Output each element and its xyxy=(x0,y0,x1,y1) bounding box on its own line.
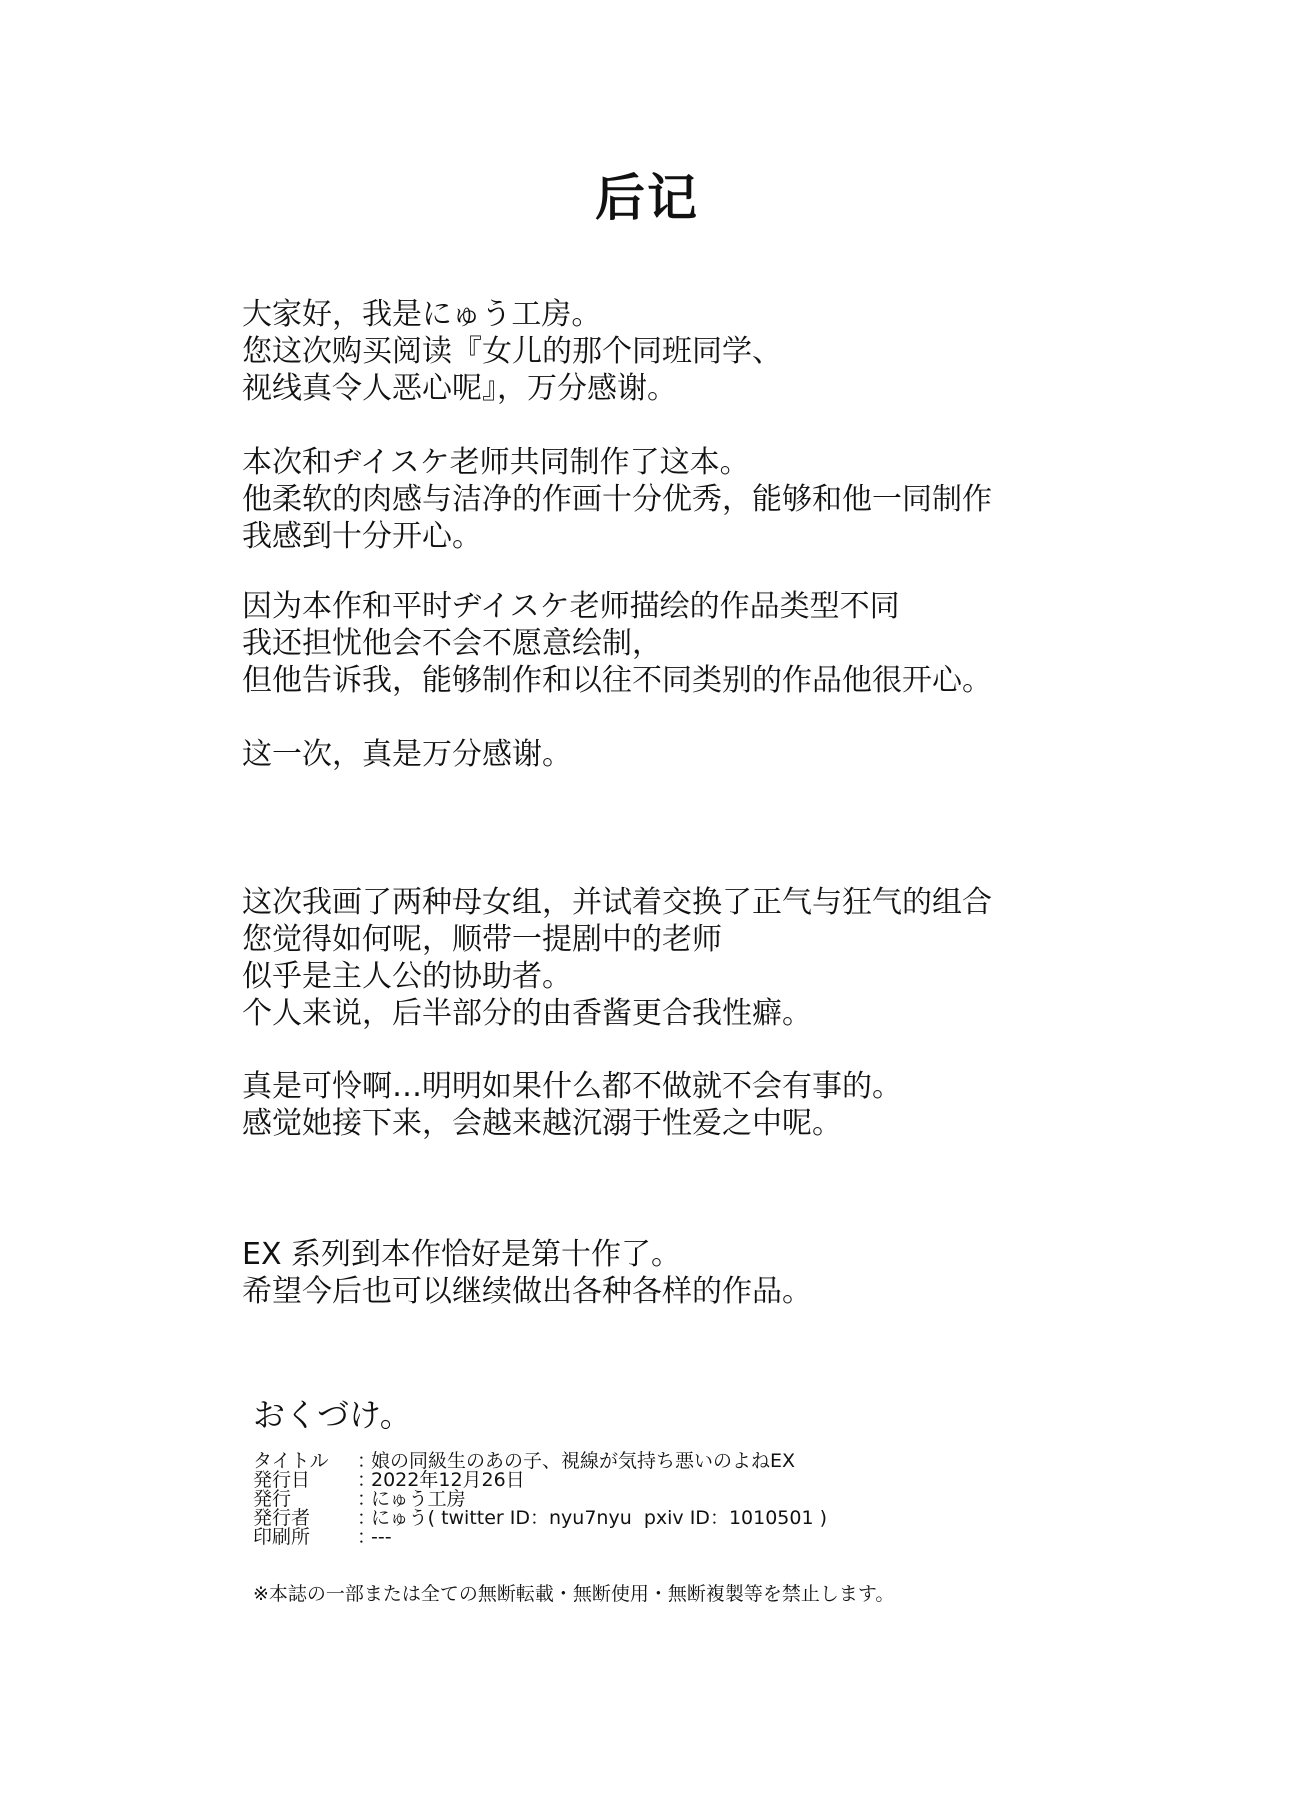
colophon-label: 印刷所 xyxy=(253,1528,357,1547)
text-line: 感觉她接下来，会越来越沉溺于性爱之中呢。 xyxy=(242,1105,902,1142)
text-line: 我感到十分开心。 xyxy=(242,518,992,555)
text-line: 似乎是主人公的协助者。 xyxy=(242,958,992,995)
colophon-value: にゅう( twitter ID：nyu7nyu pxiv ID：1010501 … xyxy=(371,1509,827,1528)
colophon-table: タイトル ： 娘の同級生のあの子、視線が気持ち悪いのよねEX 発行日 ： 202… xyxy=(253,1452,827,1547)
text-line: 个人来说，后半部分的由香酱更合我性癖。 xyxy=(242,995,992,1032)
text-line: 但他告诉我，能够制作和以往不同类别的作品他很开心。 xyxy=(242,662,992,699)
text-line: EX 系列到本作恰好是第十作了。 xyxy=(242,1236,812,1273)
paragraph-6: 真是可怜啊…明明如果什么都不做就不会有事的。 感觉她接下来，会越来越沉溺于性爱之… xyxy=(242,1068,902,1142)
text-line: 大家好，我是にゅう工房。 xyxy=(242,296,782,333)
paragraph-5: 这次我画了两种母女组，并试着交换了正气与狂气的组合 您觉得如何呢，顺带一提剧中的… xyxy=(242,884,992,1032)
text-line: 您这次购买阅读『女儿的那个同班同学、 xyxy=(242,333,782,370)
text-line: 视线真令人恶心呢』，万分感谢。 xyxy=(242,370,782,407)
text-line: 真是可怜啊…明明如果什么都不做就不会有事的。 xyxy=(242,1068,902,1105)
paragraph-7: EX 系列到本作恰好是第十作了。 希望今后也可以继续做出各种各样的作品。 xyxy=(242,1236,812,1310)
colophon-value: --- xyxy=(371,1528,392,1547)
text-line: 这一次，真是万分感谢。 xyxy=(242,736,572,773)
copyright-disclaimer: ※本誌の一部または全ての無断転載・無断使用・無断複製等を禁止します。 xyxy=(253,1582,894,1606)
text-line: 本次和ヂイスケ老师共同制作了这本。 xyxy=(242,444,992,481)
colophon-row-issuer: 発行者 ： にゅう( twitter ID：nyu7nyu pxiv ID：10… xyxy=(253,1509,827,1528)
paragraph-3: 因为本作和平时ヂイスケ老师描绘的作品类型不同 我还担忧他会不会不愿意绘制， 但他… xyxy=(242,588,992,699)
colophon-separator: ： xyxy=(357,1528,371,1547)
paragraph-4: 这一次，真是万分感谢。 xyxy=(242,736,572,773)
text-line: 您觉得如何呢，顺带一提剧中的老师 xyxy=(242,921,992,958)
paragraph-2: 本次和ヂイスケ老师共同制作了这本。 他柔软的肉感与洁净的作画十分优秀，能够和他一… xyxy=(242,444,992,555)
colophon-heading: おくづけ。 xyxy=(253,1395,412,1435)
text-line: 这次我画了两种母女组，并试着交换了正气与狂气的组合 xyxy=(242,884,992,921)
text-line: 希望今后也可以继续做出各种各样的作品。 xyxy=(242,1273,812,1310)
colophon-row-printer: 印刷所 ： --- xyxy=(253,1528,827,1547)
paragraph-1: 大家好，我是にゅう工房。 您这次购买阅读『女儿的那个同班同学、 视线真令人恶心呢… xyxy=(242,296,782,407)
colophon-row-date: 発行日 ： 2022年12月26日 xyxy=(253,1471,827,1490)
text-line: 我还担忧他会不会不愿意绘制， xyxy=(242,625,992,662)
page-title: 后记 xyxy=(0,158,1294,230)
text-line: 他柔软的肉感与洁净的作画十分优秀，能够和他一同制作 xyxy=(242,481,992,518)
colophon-row-title: タイトル ： 娘の同級生のあの子、視線が気持ち悪いのよねEX xyxy=(253,1452,827,1471)
text-line: 因为本作和平时ヂイスケ老师描绘的作品类型不同 xyxy=(242,588,992,625)
